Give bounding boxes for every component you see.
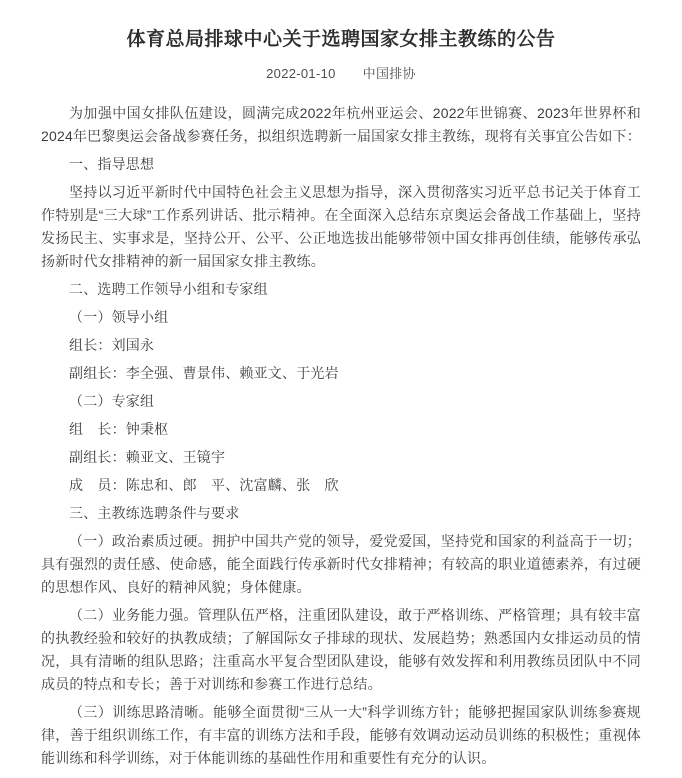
condition-2-paragraph: （二）业务能力强。管理队伍严格，注重团队建设，敢于严格训练、严格管理；具有较丰富… — [41, 604, 641, 696]
leader-line: 组长：刘国永 — [41, 334, 641, 357]
expert-members-line: 成 员：陈忠和、郎 平、沈富麟、张 欣 — [41, 474, 641, 497]
guiding-ideology-paragraph: 坚持以习近平新时代中国特色社会主义思想为指导，深入贯彻落实习近平总书记关于体育工… — [41, 181, 641, 273]
intro-paragraph: 为加强中国女排队伍建设，圆满完成2022年杭州亚运会、2022年世锦赛、2023… — [41, 102, 641, 148]
section-heading-2: 二、选聘工作领导小组和专家组 — [41, 278, 641, 301]
subsection-leading-group: （一）领导小组 — [41, 306, 641, 329]
announcement-page: 体育总局排球中心关于选聘国家女排主教练的公告 2022-01-10中国排协 为加… — [0, 0, 682, 778]
condition-1-paragraph: （一）政治素质过硬。拥护中国共产党的领导，爱党爱国，坚持党和国家的利益高于一切；… — [41, 530, 641, 599]
condition-3-paragraph: （三）训练思路清晰。能够全面贯彻“三从一大”科学训练方针；能够把握国家队训练参赛… — [41, 701, 641, 770]
page-title: 体育总局排球中心关于选聘国家女排主教练的公告 — [41, 27, 641, 53]
expert-deputy-line: 副组长：赖亚文、王镜宇 — [41, 446, 641, 469]
expert-leader-line: 组 长：钟秉枢 — [41, 418, 641, 441]
document-body: 为加强中国女排队伍建设，圆满完成2022年杭州亚运会、2022年世锦赛、2023… — [41, 102, 641, 770]
source-name: 中国排协 — [363, 66, 416, 81]
meta-row: 2022-01-10中国排协 — [41, 65, 641, 83]
subsection-expert-group: （二）专家组 — [41, 390, 641, 413]
section-heading-3: 三、主教练选聘条件与要求 — [41, 502, 641, 525]
publish-date: 2022-01-10 — [266, 66, 336, 81]
deputy-leaders-line: 副组长：李全强、曹景伟、赖亚文、于光岩 — [41, 362, 641, 385]
section-heading-1: 一、指导思想 — [41, 153, 641, 176]
